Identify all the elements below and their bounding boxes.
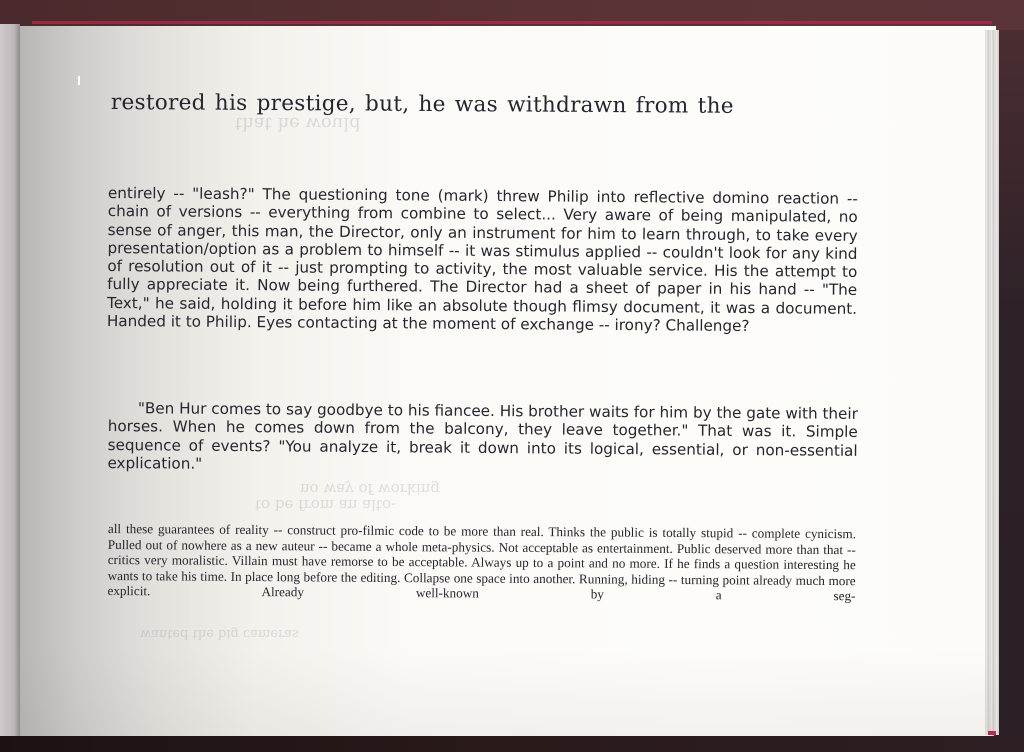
bleed-through-text: wanted the big cameras	[140, 626, 299, 641]
body-paragraph-2: "Ben Hur comes to say goodbye to his fia…	[107, 399, 858, 478]
bleed-through-text: to be from an alto-	[255, 496, 396, 514]
scan-artifact	[78, 76, 80, 85]
background-bottom	[0, 735, 1024, 752]
small-print-paragraph: all these guarantees of reality -- const…	[107, 521, 856, 604]
page-stack-edge	[985, 30, 999, 735]
background-right	[998, 30, 1024, 740]
page-shadow	[20, 650, 996, 736]
book-cover-edge	[32, 21, 992, 24]
left-page-edge	[0, 24, 20, 736]
body-paragraph-1: entirely -- "leash?" The questioning ton…	[107, 184, 858, 336]
page-heading-line: restored his prestige, but, he was withd…	[111, 90, 871, 120]
